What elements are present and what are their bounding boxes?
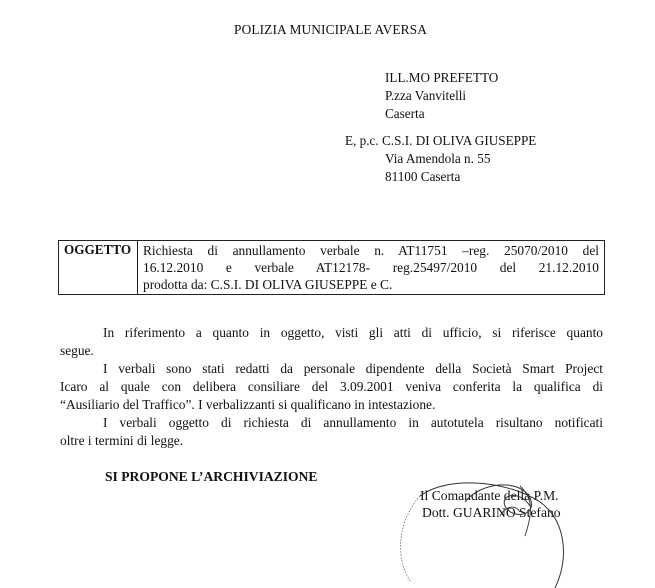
body-text: In riferimento a quanto in oggetto, vist… <box>60 324 603 450</box>
body-line: Icaro al quale con delibera consiliare d… <box>60 378 603 396</box>
subject-label: OGGETTO <box>59 241 138 294</box>
subject-line: Richiesta di annullamento verbale n. AT1… <box>143 242 599 259</box>
subject-text: Richiesta di annullamento verbale n. AT1… <box>138 241 604 294</box>
recipient-cc-street: Via Amendola n. 55 <box>345 150 536 168</box>
subject-line: prodotta da: C.S.I. DI OLIVA GIUSEPPE e … <box>143 276 599 293</box>
body-line: I verbali oggetto di richiesta di annull… <box>60 414 603 432</box>
body-line: In riferimento a quanto in oggetto, vist… <box>60 324 603 342</box>
subject-box: OGGETTO Richiesta di annullamento verbal… <box>58 240 605 295</box>
body-line: “Ausiliario del Traffico”. I verbalizzan… <box>60 396 603 414</box>
recipient-cc-name: E, p.c. C.S.I. DI OLIVA GIUSEPPE <box>345 132 536 150</box>
body-line: oltre i termini di legge. <box>60 432 603 450</box>
recipient-primary-title: ILL.MO PREFETTO <box>385 69 498 87</box>
recipient-cc-city: 81100 Caserta <box>345 168 536 186</box>
signature-block: Il Comandante della P.M. Dott. GUARINO S… <box>420 487 561 521</box>
signatory-name: Dott. GUARINO Stefano <box>420 504 561 521</box>
body-line: segue. <box>60 342 603 360</box>
letterhead-organization: POLIZIA MUNICIPALE AVERSA <box>0 22 655 38</box>
recipient-primary: ILL.MO PREFETTO P.zza Vanvitelli Caserta <box>385 69 498 123</box>
signatory-title: Il Comandante della P.M. <box>420 487 561 504</box>
recipient-primary-city: Caserta <box>385 105 498 123</box>
recipient-primary-street: P.zza Vanvitelli <box>385 87 498 105</box>
subject-line: 16.12.2010 e verbale AT12178- reg.25497/… <box>143 259 599 276</box>
proposal-heading: SI PROPONE L’ARCHIVIAZIONE <box>105 469 318 485</box>
recipient-cc: E, p.c. C.S.I. DI OLIVA GIUSEPPE Via Ame… <box>345 132 536 186</box>
body-line: I verbali sono stati redatti da personal… <box>60 360 603 378</box>
